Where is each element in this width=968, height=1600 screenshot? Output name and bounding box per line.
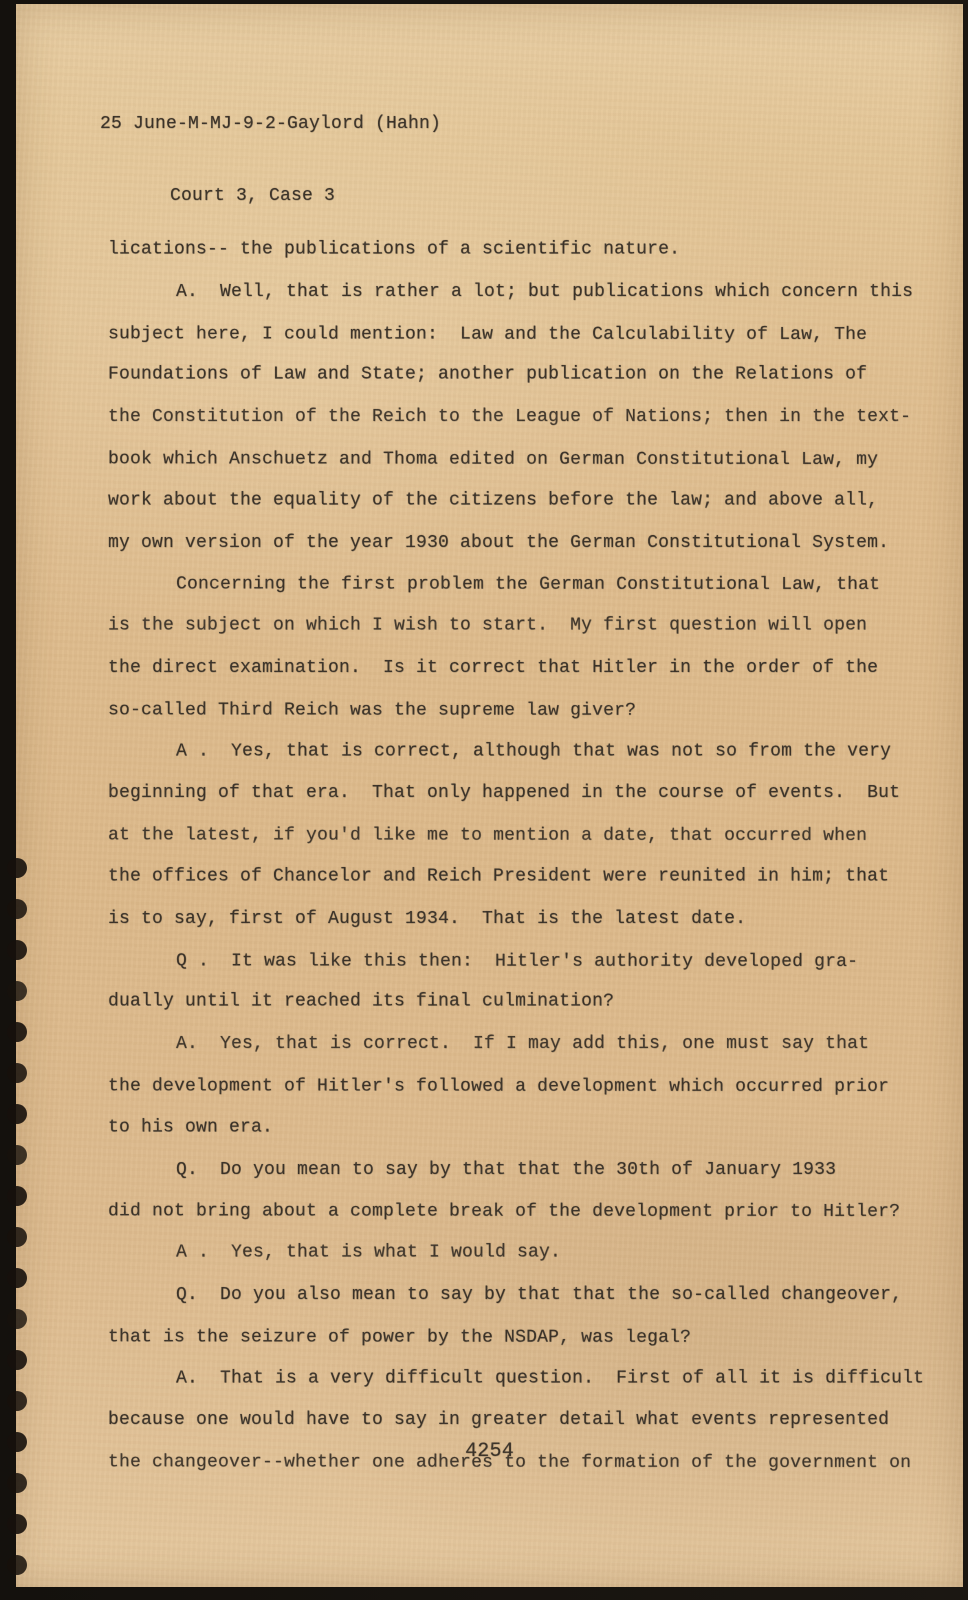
page-number: 4254 (16, 1440, 963, 1463)
transcript-line: A. That is a very difficult question. Fi… (108, 1368, 908, 1410)
transcript-line: the direct examination. Is it correct th… (108, 658, 908, 700)
transcript-line: Q. Do you mean to say by that that the 3… (108, 1160, 908, 1202)
transcript-body: lications-- the publications of a scient… (108, 180, 908, 1494)
transcript-line: that is the seizure of power by the NSDA… (108, 1327, 908, 1369)
transcript-line: A . Yes, that is correct, although that … (108, 741, 908, 783)
transcript-line: Foundations of Law and State; another pu… (108, 365, 908, 407)
transcript-line: is to say, first of August 1934. That is… (108, 909, 908, 951)
transcript-line: subject here, I could mention: Law and t… (108, 324, 908, 366)
transcript-line: the offices of Chancelor and Reich Presi… (108, 867, 908, 909)
transcript-line: A . Yes, that is what I would say. (108, 1243, 908, 1285)
transcript-line: A. Yes, that is correct. If I may add th… (108, 1034, 908, 1076)
header-docket-line: 25 June-M-MJ-9-2-Gaylord (Hahn) (100, 112, 441, 136)
transcript-line: my own version of the year 1930 about th… (108, 533, 908, 575)
transcript-line: the development of Hitler's followed a d… (108, 1076, 908, 1118)
transcript-line: beginning of that era. That only happene… (108, 783, 908, 825)
transcript-line: lications-- the publications of a scient… (108, 240, 908, 282)
transcript-line: is the subject on which I wish to start.… (108, 616, 908, 658)
transcript-line: A. Well, that is rather a lot; but publi… (108, 282, 908, 324)
transcript-line: to his own era. (108, 1117, 908, 1159)
transcript-line: so-called Third Reich was the supreme la… (108, 700, 908, 742)
binding-holes (7, 858, 27, 878)
transcript-line: work about the equality of the citizens … (108, 490, 908, 532)
transcript-line: the Constitution of the Reich to the Lea… (108, 407, 908, 449)
transcript-line: did not bring about a complete break of … (108, 1202, 908, 1244)
transcript-line: dually until it reached its final culmin… (108, 992, 908, 1034)
transcript-line: at the latest, if you'd like me to menti… (108, 825, 908, 867)
transcript-line: Q. Do you also mean to say by that that … (108, 1285, 908, 1327)
transcript-line: Q . It was like this then: Hitler's auth… (108, 951, 908, 993)
scanned-transcript-page: 25 June-M-MJ-9-2-Gaylord (Hahn) Court 3,… (0, 0, 968, 1600)
transcript-line: Concerning the first problem the German … (108, 575, 908, 617)
document-paper: 25 June-M-MJ-9-2-Gaylord (Hahn) Court 3,… (16, 4, 963, 1587)
transcript-line: book which Anschuetz and Thoma edited on… (108, 449, 908, 491)
